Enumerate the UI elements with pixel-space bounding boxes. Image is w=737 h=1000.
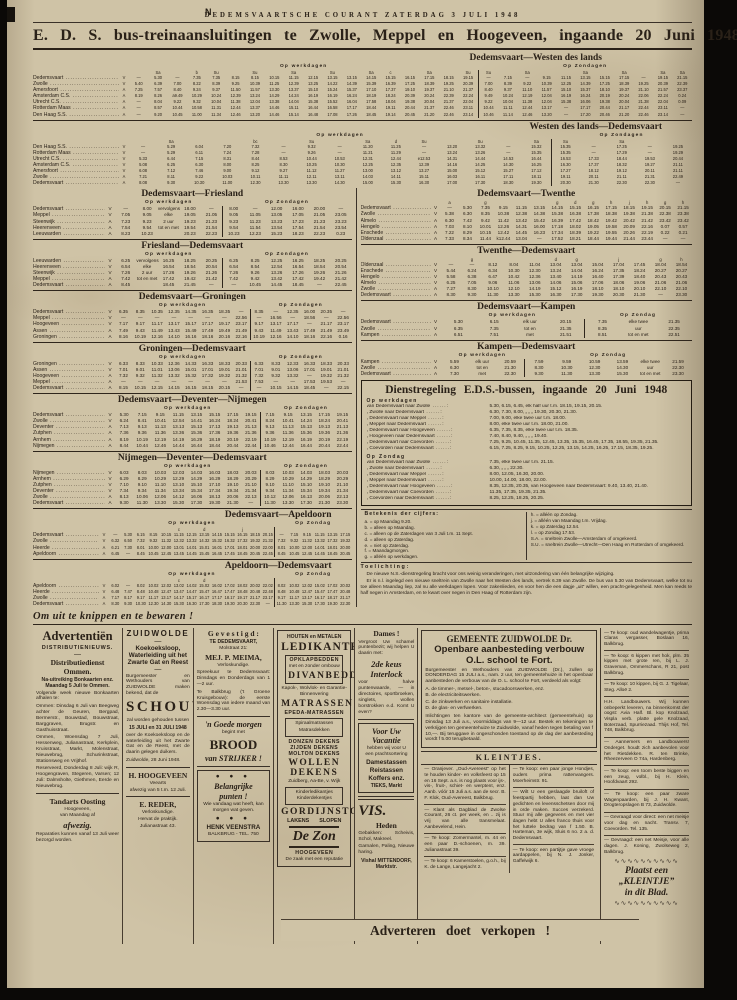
times-zondagen: —10.1514.1518.45—22.15 [250, 385, 352, 391]
depart-arrive-marker: A [119, 112, 129, 118]
edge-mark [7, 7, 15, 22]
ad-dispS: LEDIKANTEN [281, 641, 347, 653]
ad-b: Volgende week nieuwe Bonkaarten afhalen … [36, 691, 119, 703]
masthead: DEDEMSVAARTSCHE COURANT ZATERDAG 3 JULI … [33, 6, 692, 19]
station-name: Dedemsvaart [361, 292, 431, 298]
advertisements-section: AdvertentiënDISTRIBUTIENIEUWS.—Distribut… [33, 624, 692, 944]
ad-dispSp: WOLLEN DEKENS [281, 758, 347, 778]
ad-b: over de Koekoeksloop en de waterleiding … [126, 733, 190, 757]
ad-kl: — Te koop: een partijtje gave vroege aar… [513, 844, 594, 867]
ad-bl: C. de zinkwerken en sanitaire installati… [425, 700, 593, 706]
timetable-title: Dedemsvaart—Westen des lands [33, 53, 692, 64]
legend-left-column: Betekenis der cijfers:a. = op Maandag 9.… [361, 512, 526, 560]
ad-kl: — Oranjever. „Oud-Avereest” op het te ho… [424, 765, 505, 804]
ad-dispXL: VIS. [358, 803, 414, 820]
ad-capsS: HOOGEVEEN [281, 850, 347, 856]
ad-b: Te Balkbrug ('t Groene Kruisgebouw): de … [197, 690, 270, 714]
ad-rule [126, 767, 190, 768]
timetable-row: Den Haag S.S.A—9.2010.4511.0011.3412.461… [33, 112, 692, 118]
station-name: Den Haag S.S. [33, 112, 119, 118]
timetable-row: OldenzaalA7.338.3411.44k12.4413.04—17.52… [361, 236, 693, 242]
depart-arrive-marker: A [119, 180, 129, 186]
times-werkdagen: 8.4518.4521.45— [115, 282, 222, 288]
ad-dash: — [126, 639, 190, 644]
timetables-left-column: Dedemsvaart—FrieslandOp werkdagenOp Zond… [33, 188, 357, 607]
times-zondagen: 11.3013.3017.3021.3023.30 [260, 500, 352, 506]
times-werkdagen: 8.1610.1912.1614.1016.1618.1620.1622.16 [115, 334, 250, 340]
times-zondagen: 11.3013.3015.3017.3019.3022.30 [274, 601, 351, 607]
ad-b: Burgemeester en Wethouders van ZUIDWOLDE… [126, 674, 190, 698]
ad-bc: Wie vandaag wat heeft, kan morgen wat ge… [201, 802, 266, 814]
station-name: Dedemsvaart [33, 385, 105, 391]
timetable-row: NijmegenA8.4410.4412.4614.4416.4418.4420… [33, 443, 352, 449]
station-name: Dedemsvaart [33, 282, 105, 288]
ad-bl: A. de timmer-, metsel-, beton-, stucadoo… [425, 687, 593, 693]
ad-h3: Koffers enz. [362, 775, 410, 782]
ad-bc: zal worden gehouden tussen [126, 718, 190, 724]
timetable-dedemsvaart-groningen: Dedemsvaart—GroningenOp werkdagenOp Zond… [33, 290, 352, 339]
depart-arrive-marker: A [99, 551, 109, 557]
legend-right-column: h. = alléén op Zondag.j. = alléén van Ma… [526, 512, 692, 560]
newspaper-page: N DEDEMSVAARTSCHE COURANT ZATERDAG 3 JUL… [7, 0, 704, 988]
toelichting: Toelichting:De nieuwe N.S.-dienstregelin… [361, 565, 693, 597]
timetable-row: DedemsvaartA9.3011.3013.3015.3017.3019.3… [33, 500, 352, 506]
dienstregeling-times: 6.15, 7.25, 8.25, 9.15, 10.25, 12.25, 13… [487, 446, 687, 452]
times-werkdagen: 8.2310.2320.2322.23 [115, 231, 222, 237]
times-zondagen: 10.4612.4416.4420.4422.44 [260, 443, 352, 449]
tieks-ad: Voor Uw Vacantiehebben wij voor U een pr… [358, 723, 414, 793]
ad-bc: hebben wij voor U een prachtsortering [362, 746, 410, 758]
ad-dispG: O.L. school te Fort. [425, 656, 593, 667]
timetable-nijmegen-dedemsvaart: Nijmegen—Deventer—DedemsvaartOp werkdage… [33, 451, 352, 507]
ad-bc: Verloskundige. [126, 810, 190, 816]
ad-bi: punten ! [201, 792, 266, 801]
depart-arrive-marker: A [431, 371, 441, 377]
ad-h2L: GEMEENTE ZUIDWOLDE Dr. [425, 634, 593, 644]
ad-bc: begint met [197, 730, 270, 736]
ad-kl: — Te koop: 10 kippen, bij G. J. Tigelaar… [604, 679, 689, 696]
ad-b: Reparaties kunnen vanaf 13 Juli weer bez… [36, 832, 119, 844]
ad-bc: afwezig van 5 t.m. 12 Juli. [126, 788, 190, 794]
ad-column-gemeente-zuidwolde-kleintjes: GEMEENTE ZUIDWOLDE Dr.Openbare aanbested… [417, 628, 600, 944]
ad-b: Reserveerd, Donderdag 8 Juli: wijk R, Ho… [36, 766, 119, 790]
timetable-title: Groningen—Dedemsvaart [33, 344, 352, 355]
ad-kl: — Gevraagd: een net Meisje, voor alle da… [604, 835, 689, 858]
times-zondagen: 20.3021.3022.3022.30— [551, 180, 693, 186]
ad-h2: Dames ! [358, 629, 414, 638]
toelichting-paragraph: De nieuwe N.S.-dienstregeling bracht voo… [361, 572, 693, 578]
ad-bc: Julianastraat 43. [126, 824, 190, 830]
timetable-dedemsvaart-nijmegen: Dedemsvaart—Deventer—NijmegenOp werkdage… [33, 393, 352, 449]
timetable-row: GroningenA8.1610.1912.1614.1016.1618.162… [33, 334, 352, 340]
ad-h3: HENK VEENSTRA [201, 824, 266, 831]
timetable-dedemsvaart-twenthe: Dedemsvaart—TwentheaggdghjhghDedemsvaart… [361, 188, 693, 242]
station-name: Oldenzaal [361, 236, 431, 242]
times-werkdagen: 9.3011.3013.3015.3017.3019.3021.30— [115, 500, 260, 506]
ad-bc: Kapok-, Wolvlok- en Garantie-Binnenverin… [281, 686, 347, 698]
ad-column-dames-vacantie-vis: Dames !Vergroot Uw schamel puntenbezit; … [354, 628, 417, 944]
times-werkdagen: 8.1510.1512.1514.1516.1518.1520.15— [115, 385, 250, 391]
kleintjes-subcolumn: — Oranjever. „Oud-Avereest” op het te ho… [421, 765, 508, 874]
times-zondagen: 10.4611.1412.4613.20—17.2020.4621.2022.4… [478, 112, 692, 118]
kleintjes-columns: — Oranjever. „Oud-Avereest” op het te ho… [421, 765, 597, 874]
depart-arrive-marker: A [105, 231, 115, 237]
ad-bc: BALKBRUG - TEL. 750 [201, 832, 266, 838]
ad-kl: — Te koop: oud wandelwagentje, prima Cla… [604, 628, 689, 650]
ad-box: SpiraalmatrassenMatrasdekken [285, 718, 343, 737]
station-name: Kampen [361, 332, 431, 338]
times-zondagen: 10.1912.1614.1018.1622.160.16 [250, 334, 352, 340]
ad-capsS: MOLTON DEKENS [281, 751, 347, 757]
ad-dispSp: DIVANBEDDEN [288, 671, 340, 681]
timetable-dedemsvaart-friesland: Dedemsvaart—FrieslandOp werkdagenOp Zond… [33, 188, 352, 236]
times-werkdagen: —9.2010.4511.0011.3412.4613.2014.4615.14… [129, 112, 478, 118]
timetable-title: Dedemsvaart—Kampen [361, 302, 693, 313]
aanbesteding-ad: GEMEENTE ZUIDWOLDE Dr.Openbare aanbested… [421, 630, 597, 748]
ad-disp2: BROOD [197, 737, 270, 753]
toelichting-title: Toelichting: [361, 565, 693, 571]
depart-arrive-marker: A [105, 385, 115, 391]
depart-arrive-marker: A [105, 334, 115, 340]
ad-rule [197, 766, 270, 767]
timetable-title: Kampen—Dedemsvaart [361, 342, 693, 353]
depart-arrive-marker: A [431, 292, 441, 298]
times-werkdagen: 7.338.3411.44k12.4413.04—17.5218.2118.44… [441, 236, 693, 242]
timetable-row: DedemsvaartA8.089.3010.3011.0012.3013.30… [33, 180, 692, 186]
station-name: Leeuwarden [33, 231, 105, 237]
station-name: Dedemsvaart [33, 601, 99, 607]
veenstra-ad: ● ● ●Belangrijkepunten !Wie vandaag wat … [197, 770, 270, 842]
ad-dash: — [36, 652, 119, 657]
timetable-row: DedemsvaartA8.4518.4521.45——10.4514.4518… [33, 282, 352, 288]
legend-betekenis: Betekenis der cijfers:a. = op Maandag 9.… [361, 509, 693, 563]
de-zon-ad: HOUTEN en METALENLEDIKANTENOPKLAPBEDDENm… [277, 630, 351, 867]
depart-arrive-marker: A [431, 332, 441, 338]
ad-squig: ∿∿∿∿∿∿∿∿∿∿ [604, 858, 689, 865]
ad-rule [358, 719, 414, 720]
ad-bc: Kinderdekentjes [288, 796, 340, 802]
dienstregeling-route: „ Coevorden naar Dedemsvaart [367, 446, 487, 452]
timetable-title: Dedemsvaart—Friesland [33, 189, 352, 200]
depart-arrive-marker: A [105, 443, 115, 449]
ad-bc: Molstraat 21: [197, 646, 270, 652]
dienstregeling-times: 8.25, 12.25, 18.25, 20.25. [487, 496, 687, 502]
page-title: E. D. S. bus-treinaansluitingen te Zwoll… [33, 23, 692, 48]
station-name: Apeldoorn [33, 551, 99, 557]
times-werkdagen: 8.309.3010.3012.3014.3015.3016.3017.3018… [109, 601, 274, 607]
ad-dots: ● ● ● [201, 815, 266, 823]
ad-h2: H. HOOGEVEEN [126, 771, 190, 780]
ad-b: Ommen: Dinsdag 6 Juli van Beegweg achter… [36, 704, 119, 734]
station-name: Dedemsvaart [33, 180, 119, 186]
ad-bcb: HOUTEN en METALEN [281, 634, 347, 640]
ad-bc: Zuidberg, Aa-Be, v. Wijk [281, 779, 347, 785]
timetable-title: Dedemsvaart—Groningen [33, 292, 352, 303]
ad-dispSp: MATRASSEN [281, 699, 347, 709]
times-zondagen: 8.51tot en met22.51 [584, 332, 692, 338]
dienstregeling-title: Dienstregeling E.D.S.-bussen, ingaande 2… [367, 384, 687, 396]
ad-label: SLOPEN [319, 818, 341, 824]
timetable-dedemsvaart-westen: Dedemsvaart—Westen des landsOp werkdagen… [33, 52, 692, 118]
plaatst-line: „KLEINTJE” [604, 877, 689, 888]
ad-dots: ● ● ● [201, 773, 266, 781]
timetable-title: Nijmegen—Deventer—Dedemsvaart [33, 453, 352, 464]
ad-h2: MEJ. P. MEIMA, [197, 653, 270, 662]
ad-bl: D. de glas- en verfwerken. [425, 706, 593, 712]
ad-bl: B. de electriciteitswerken. [425, 693, 593, 699]
ad-capsS: ZIJDEN DEKENS [281, 745, 347, 751]
times-werkdagen: 6.45—8.4510.4512.4513.4514.4515.4516.451… [109, 551, 274, 557]
ad-kl: — Te koop: een toom beste biggen en een … [604, 765, 689, 788]
depart-arrive-marker: A [99, 601, 109, 607]
ad-bc: met en zonder ombouw [288, 664, 340, 670]
depart-arrive-marker: A [105, 282, 115, 288]
plaatst-kleintje-ad: Plaatst een„KLEINTJE”in dit Blad. [604, 866, 689, 899]
ad-dispSp: GORDIJNSTOFFEN [281, 807, 347, 817]
ad-squig: ∿∿∿∿∿∿∿∿∿∿ [604, 900, 689, 907]
timetable-title: Dedemsvaart—Deventer—Nijmegen [33, 395, 352, 406]
ad-bc: van Maandag af [36, 813, 119, 819]
ad-kl: — Gevraagd voor direct: een net meisje v… [604, 812, 689, 835]
times-werkdagen: 8.309.3011.3013.3015.3016.3017.3019.3020… [441, 292, 693, 298]
ad-klhead: KLEINTJES. [421, 751, 597, 765]
ad-drule [358, 796, 414, 800]
times-werkdagen: 8.089.3010.3011.0012.3013.3013.3014.3015… [129, 180, 551, 186]
ad-bcb: Vishal MITTENDORF, Marktstr. [358, 858, 414, 870]
headline-rule [33, 48, 692, 50]
ad-column-zuidwolde-schouw: ZUIDWOLDE—Koekoeksloop, Waterleiding uit… [122, 628, 193, 944]
station-name: Dedemsvaart [33, 500, 105, 506]
dienstregeling-box: Dienstregeling E.D.S.-bussen, ingaande 2… [361, 380, 693, 506]
timetable-title: Friesland—Dedemsvaart [33, 241, 352, 252]
legend-item: g. = alléén op werkdagen. [365, 554, 522, 560]
timetable-row: LeeuwardenA8.2310.2320.2322.2310.2312.23… [33, 231, 352, 237]
times-werkdagen: 7.30met22.30 [441, 371, 525, 377]
ads-footer-slogan: Adverteren doet verkopen ! [281, 919, 639, 941]
toelichting-paragraph: Er is n.l. ingelegd een nieuwe sneltrein… [361, 579, 693, 597]
ad-box: OPKLAPBEDDENmet en zonder ombouwDIVANBED… [285, 655, 343, 684]
timetable-title: Twenthe—Dedemsvaart [361, 246, 693, 257]
timetable-apeldoorn-dedemsvaart: Apeldoorn—DedemsvaartOp werkdagenOp Zond… [33, 559, 352, 607]
ad-bc: Kinderledikantjes [288, 790, 340, 796]
ad-dash: — [126, 667, 190, 672]
ad-b: Spreekuur te Dedemsvaart: Dinsdags en Do… [197, 670, 270, 688]
station-name: Dedemsvaart [361, 371, 431, 377]
ad-two-labels: LAKENSSLOPEN [281, 818, 347, 824]
times-werkdagen: 6.517.51met21.51 [441, 332, 584, 338]
ad-b: Vergroot Uw schamel puntenbezit; wij hel… [358, 640, 414, 658]
ad-b: Gebakken: Scheivis, Schol, Makreel. [358, 831, 414, 843]
corner-mark: N [205, 7, 212, 17]
ad-rule [36, 793, 119, 794]
timetable-friesland-dedemsvaart: Friesland—DedemsvaartOp werkdagenOp Zond… [33, 239, 352, 288]
ad-b: Burgemeester en Wethouders van ZUIDWOLDE… [425, 668, 593, 686]
depart-arrive-marker: A [105, 500, 115, 506]
ad-b: Garnalen, Paling, Nieuwe haring. [358, 844, 414, 856]
plaatst-line: in dit Blad. [604, 888, 689, 899]
photo-background: N DEDEMSVAARTSCHE COURANT ZATERDAG 3 JUL… [0, 0, 737, 1000]
ad-bi: 'n Goede morgen [197, 720, 270, 729]
ad-h2: Heden [358, 821, 414, 830]
timetable-row: DedemsvaartA8.309.3010.3012.3014.3015.30… [33, 601, 352, 607]
ad-capsL: ZUIDWOLDE [126, 629, 190, 638]
depart-arrive-marker: A [431, 236, 441, 242]
times-zondagen: —10.4514.4518.45—22.45 [222, 282, 351, 288]
timetable-westen-dedemsvaart: Westen des lands—DedemsvaartOp werkdagen… [33, 120, 692, 187]
ad-bc: Verloskundige. [197, 663, 270, 669]
timetable-title: Apeldoorn—Dedemsvaart [33, 561, 352, 572]
timetable-row: ApeldoornA6.45—8.4510.4512.4513.4514.451… [33, 551, 352, 557]
ad-kl: — Te koop: 6 Kamerstoelen, g.o.h., bij K… [424, 856, 505, 873]
ad-column-advertentien-distributie: AdvertentiënDISTRIBUTIENIEUWS.—Distribut… [33, 628, 122, 944]
ad-b: Inlichtingen ten kantore van de gemeente… [425, 714, 593, 744]
ad-bi: van STRIJKER ! [197, 754, 270, 763]
ad-bcb: TE DEDEMSVAART, [197, 639, 270, 645]
legend-title: Betekenis der cijfers: [365, 512, 522, 518]
ad-h2: Tandarts Oosting [36, 797, 119, 806]
timetable-dedemsvaart-apeldoorn: Dedemsvaart—ApeldoornOp werkdagenOp Zond… [33, 508, 352, 556]
timetable-kampen-dedemsvaart: Kampen—DedemsvaartOp werkdagenOp ZondagK… [361, 340, 693, 377]
ad-h3: Damestassen [362, 759, 410, 766]
timetable-title: Dedemsvaart—Twenthe [361, 189, 693, 200]
ad-b: Ommen, Woensdag 7 Juli, Hessenweg, Julia… [36, 735, 119, 765]
ad-rule [126, 796, 190, 797]
timetable-row: KampenA6.517.51met21.518.51tot en met22.… [361, 332, 693, 338]
ad-capsS: DONZEN DEKENS [281, 739, 347, 745]
ad-kl: — Te koop: een paar zware Wagenpaarden, … [604, 789, 689, 812]
ad-capsS: EPEDA-MATRASSEN [281, 710, 347, 716]
timetable-dedemsvaart-kampen: Dedemsvaart—KampenOp werkdagenOp ZondagD… [361, 300, 693, 337]
station-name: Groningen [33, 334, 105, 340]
kleintjes-subcolumn: — Te koop: een paar jonge Hondjes, ouder… [509, 765, 597, 874]
ad-kl: — Klant als Dagblad de Zwolse Courant, 2… [424, 804, 505, 833]
ad-h2i: afwezig. [36, 820, 119, 830]
timetable-row: DedemsvaartA7.30met22.309.3011.3013.3015… [361, 371, 693, 377]
ad-column-meima-strijker-veenstra: G e v e s t i g d :TE DEDEMSVAART,Molstr… [193, 628, 273, 944]
ad-h2: Distributiedienst Ommen. [36, 658, 119, 676]
dienstregeling-row: „ Coevorden naar Dedemsvaart8.25, 12.25,… [367, 496, 687, 502]
ad-bcb: Na-uitreiking Bonkaarten enz. Maandag 5 … [36, 677, 119, 689]
ad-bc: Spiraalmatrassen [288, 721, 340, 727]
timetable-title: Dedemsvaart—Apeldoorn [33, 510, 352, 521]
plaatst-line: Plaatst een [604, 866, 689, 877]
ad-h2i: 2de keus Interlock [358, 659, 414, 679]
dienstregeling-route: „ Coevorden naar Dedemsvaart [367, 496, 487, 502]
timetable-row: DedemsvaartA8.1510.1512.1514.1516.1518.1… [33, 385, 352, 391]
times-zondagen: 8.4510.4512.4514.4518.4520.45 [274, 551, 351, 557]
ad-label: LAKENS [287, 818, 309, 824]
station-name: Nijmegen [33, 443, 105, 449]
ad-h2: E. REDER, [126, 800, 190, 809]
legend-item: S.U. = sneltrein Zwolle—Utrecht—Den Haag… [531, 542, 688, 548]
ad-kl: — Te koop: een paar jonge Hondjes, ouder… [513, 765, 594, 787]
ad-bc: De zaak met een reputatie [281, 857, 347, 863]
page-content: DEDEMSVAARTSCHE COURANT ZATERDAG 3 JULI … [7, 0, 704, 944]
ad-kl: — Wilt U een geslaagde bruiloft of feest… [513, 787, 594, 844]
ad-bcb: TIEKS, Markt [362, 783, 410, 789]
ad-dezon: De Zon [289, 826, 339, 848]
timetable-twenthe-dedemsvaart: Twenthe—DedemsvaartgdgjghOldenzaalV——8.1… [361, 244, 693, 299]
ad-capsS: OPKLAPBEDDEN [288, 657, 340, 663]
timetables-fullwidth: Dedemsvaart—Westen des landsOp werkdagen… [33, 52, 692, 186]
ad-kl: — Te koop: 6 kippen met hok, plm. 35 kip… [604, 650, 689, 679]
ad-disp: SCHOUW [126, 699, 190, 716]
ad-column-de-zon-ledikanten: HOUTEN en METALENLEDIKANTENOPKLAPBEDDENm… [273, 628, 354, 944]
ad-box: KinderledikantjesKinderdekentjes [285, 787, 343, 806]
ad-h3: Koekoeksloop, Waterleiding uit het Zwart… [126, 645, 190, 666]
ad-b: Zuidwolde, 28 Juni 1948. [126, 758, 190, 764]
ad-bi: Belangrijke [201, 782, 266, 791]
timetable-title: Westen des lands—Dedemsvaart [33, 122, 692, 133]
ad-bc: Hoogeveen, [36, 807, 119, 813]
timetable-groningen-dedemsvaart: Groningen—DedemsvaartOp werkdagenOp Zond… [33, 342, 352, 391]
timetable-row: DedemsvaartA8.309.3011.3013.3015.3016.30… [361, 292, 693, 298]
ad-bc: Veearts [126, 781, 190, 787]
ad-rule [197, 716, 270, 717]
ad-bc: Hervat de praktijk. [126, 817, 190, 823]
ad-column-kleintjes-rechts: — Te koop: oud wandelwagentje, prima Cla… [600, 628, 692, 944]
timetables-right-column: Dedemsvaart—TwentheaggdghjhghDedemsvaart… [357, 188, 693, 607]
ad-kl: — Te koop: Zomermantel, m. 44 en een paa… [424, 833, 505, 856]
ad-bcb: 15 JULI en 31 JULI 1948 [126, 725, 190, 731]
ad-h2: G e v e s t i g d : [197, 629, 270, 638]
ad-dispG: Openbare aanbesteding verbouw [425, 645, 593, 656]
dienstregeling-row: „ Coevorden naar Dedemsvaart6.15, 7.25, … [367, 446, 687, 452]
ad-kl: — Aannemers en Landbouwers! Onderget. ho… [604, 737, 689, 766]
ad-bi: Voor Uw Vacantie [362, 727, 410, 745]
times-zondagen: 9.3011.3013.3015.30tot en met23.30 [524, 371, 692, 377]
times-zondagen: 10.2312.2315.2318.2322.230.23 [222, 231, 351, 237]
ad-h1: Advertentiën [36, 629, 119, 644]
ad-b: voor halve puntenwaarde, — in directoire… [358, 680, 414, 715]
ad-h3: Reistassen [362, 767, 410, 774]
ad-bc: Matrasdekken [288, 728, 340, 734]
times-werkdagen: 8.4410.4412.4614.4416.4418.4420.4422.44 [115, 443, 260, 449]
timetables-grid: Dedemsvaart—FrieslandOp werkdagenOp Zond… [33, 188, 692, 607]
clip-and-keep-note: Om uit te knippen en te bewaren ! [33, 611, 692, 622]
ad-kl: H.H. Landbouwers. Wij kunnen onbeperkt l… [604, 696, 689, 736]
